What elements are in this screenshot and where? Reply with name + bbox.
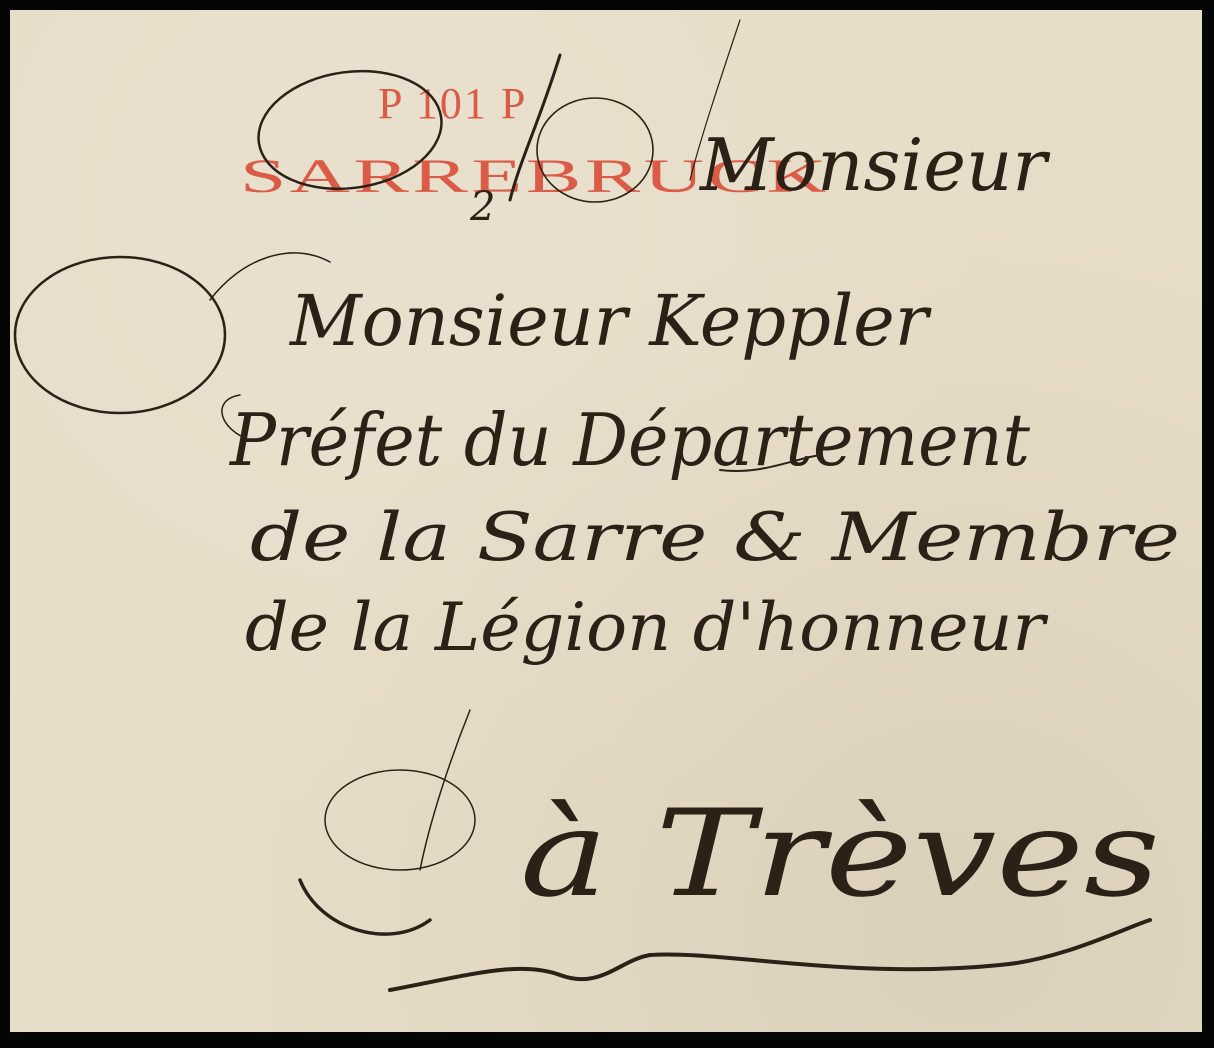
address-line-1: Monsieur [698, 123, 1050, 207]
address-line-6: à Trèves [520, 785, 1160, 924]
postmark-line1: P 101 P [378, 79, 527, 128]
address-block: Monsieur Monsieur Keppler Préfet du Dépa… [228, 123, 1180, 924]
address-line-3: Préfet du Département [228, 398, 1031, 482]
address-line-4: de la Sarre & Membre [250, 499, 1180, 576]
handwriting-layer: P 101 P SARREBRUCK 2 Monsieur Monsieur K… [0, 0, 1214, 1048]
rate-marking: 2 [469, 184, 495, 230]
address-line-2: Monsieur Keppler [288, 280, 932, 362]
address-line-5: de la Légion d'honneur [245, 589, 1049, 666]
